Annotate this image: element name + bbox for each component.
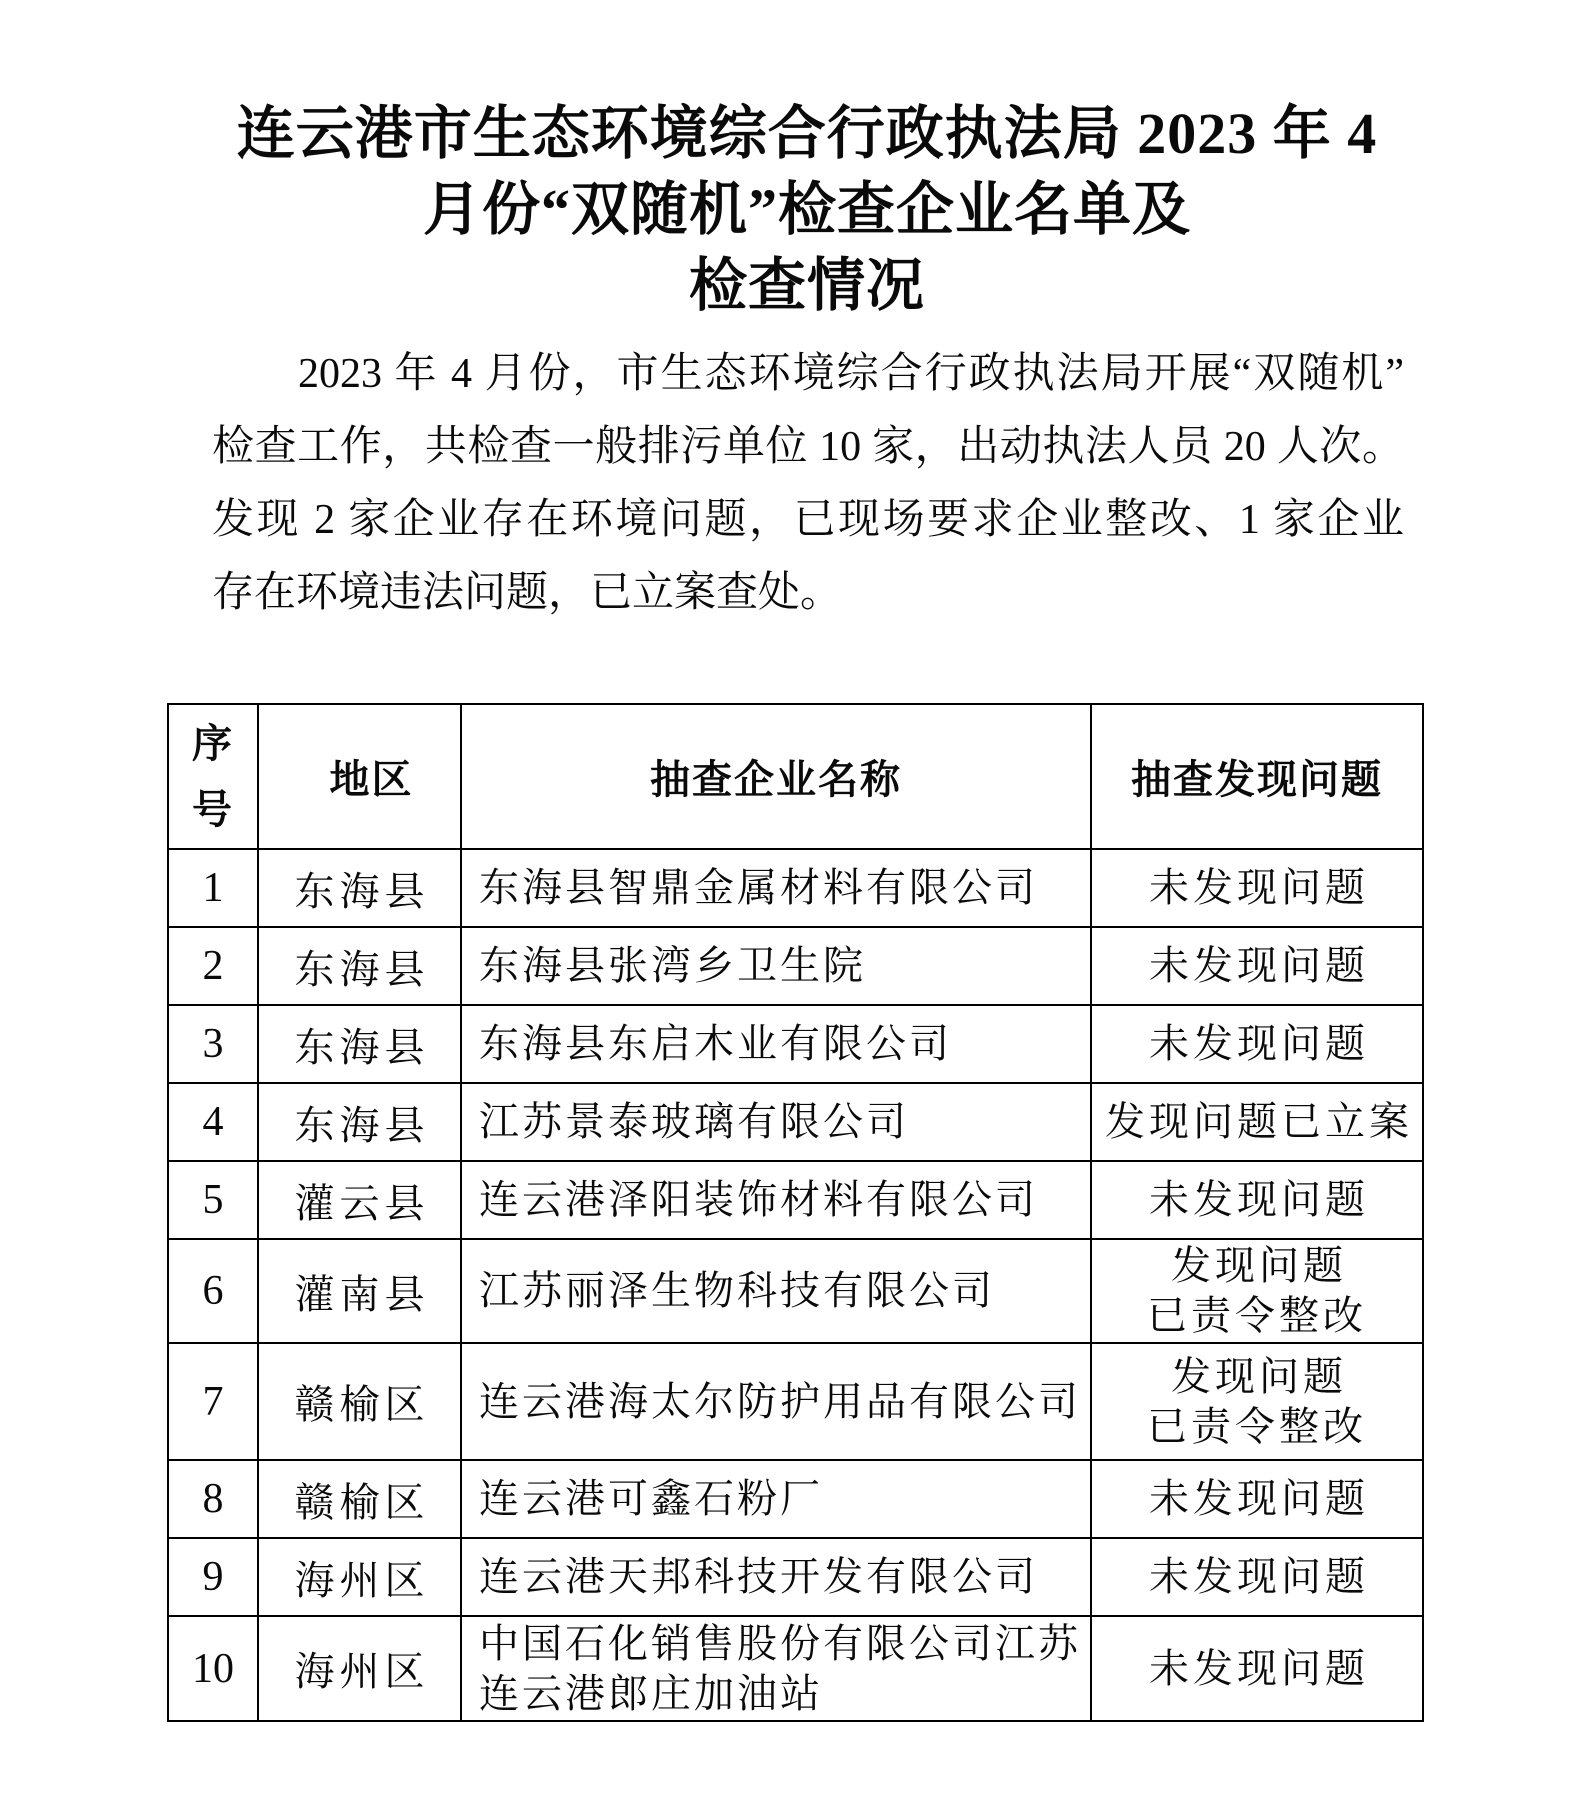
document-page: 连云港市生态环境综合行政执法局 2023 年 4 月份“双随机”检查企业名单及 … [0,0,1587,1811]
cell-inspection-result: 未发现问题 [1091,1161,1423,1239]
cell-company-name: 连云港天邦科技开发有限公司 [461,1538,1091,1616]
table-row: 1 东海县 东海县智鼎金属材料有限公司 未发现问题 [168,849,1423,927]
cell-serial-number: 4 [168,1083,258,1161]
cell-company-name: 东海县东启木业有限公司 [461,1005,1091,1083]
cell-region: 赣榆区 [258,1460,461,1538]
title-line-3: 检查情况 [212,248,1402,324]
header-inspection-result: 抽查发现问题 [1091,704,1423,849]
cell-inspection-result: 未发现问题 [1091,1460,1423,1538]
table-row: 8 赣榆区 连云港可鑫石粉厂 未发现问题 [168,1460,1423,1538]
table-row: 5 灌云县 连云港泽阳装饰材料有限公司 未发现问题 [168,1161,1423,1239]
document-title: 连云港市生态环境综合行政执法局 2023 年 4 月份“双随机”检查企业名单及 … [212,96,1402,324]
table-row: 3 东海县 东海县东启木业有限公司 未发现问题 [168,1005,1423,1083]
cell-region: 灌云县 [258,1161,461,1239]
table-row: 9 海州区 连云港天邦科技开发有限公司 未发现问题 [168,1538,1423,1616]
cell-region: 东海县 [258,849,461,927]
cell-company-name: 中国石化销售股份有限公司江苏 连云港郎庄加油站 [461,1616,1091,1721]
cell-company-name: 东海县智鼎金属材料有限公司 [461,849,1091,927]
cell-serial-number: 9 [168,1538,258,1616]
cell-inspection-result: 未发现问题 [1091,927,1423,1005]
inspection-table: 序号 地区 抽查企业名称 抽查发现问题 1 东海县 东海县智鼎金属材料有限公司 … [167,703,1424,1722]
summary-line-3: 发现 2 家企业存在环境问题，已现场要求企业整改、1 家企业 [212,484,1404,557]
summary-line-4: 存在环境违法问题，已立案查处。 [212,557,1404,630]
cell-inspection-result: 未发现问题 [1091,1538,1423,1616]
table-row: 10 海州区 中国石化销售股份有限公司江苏 连云港郎庄加油站 未发现问题 [168,1616,1423,1721]
cell-region: 东海县 [258,1083,461,1161]
cell-serial-number: 10 [168,1616,258,1721]
summary-paragraph: 2023 年 4 月份，市生态环境综合行政执法局开展“双随机” 检查工作，共检查… [212,338,1404,630]
cell-inspection-result: 未发现问题 [1091,1616,1423,1721]
summary-line-1: 2023 年 4 月份，市生态环境综合行政执法局开展“双随机” [212,338,1404,411]
cell-inspection-result: 发现问题 已责令整改 [1091,1343,1423,1460]
cell-inspection-result: 发现问题 已责令整改 [1091,1239,1423,1343]
cell-company-name: 江苏丽泽生物科技有限公司 [461,1239,1091,1343]
cell-serial-number: 3 [168,1005,258,1083]
cell-region: 灌南县 [258,1239,461,1343]
cell-serial-number: 6 [168,1239,258,1343]
cell-inspection-result: 未发现问题 [1091,1005,1423,1083]
cell-company-name: 连云港泽阳装饰材料有限公司 [461,1161,1091,1239]
cell-company-name: 江苏景泰玻璃有限公司 [461,1083,1091,1161]
cell-serial-number: 8 [168,1460,258,1538]
header-region: 地区 [258,704,461,849]
table-row: 2 东海县 东海县张湾乡卫生院 未发现问题 [168,927,1423,1005]
summary-line-2: 检查工作，共检查一般排污单位 10 家，出动执法人员 20 人次。 [212,411,1404,484]
cell-serial-number: 2 [168,927,258,1005]
title-line-2: 月份“双随机”检查企业名单及 [212,172,1402,248]
cell-region: 海州区 [258,1616,461,1721]
cell-region: 海州区 [258,1538,461,1616]
cell-region: 赣榆区 [258,1343,461,1460]
cell-company-name: 东海县张湾乡卫生院 [461,927,1091,1005]
cell-serial-number: 1 [168,849,258,927]
table-row: 7 赣榆区 连云港海太尔防护用品有限公司 发现问题 已责令整改 [168,1343,1423,1460]
table-header-row: 序号 地区 抽查企业名称 抽查发现问题 [168,704,1423,849]
table-row: 6 灌南县 江苏丽泽生物科技有限公司 发现问题 已责令整改 [168,1239,1423,1343]
header-serial-number: 序号 [168,704,258,849]
cell-region: 东海县 [258,927,461,1005]
cell-inspection-result: 未发现问题 [1091,849,1423,927]
cell-company-name: 连云港可鑫石粉厂 [461,1460,1091,1538]
title-line-1: 连云港市生态环境综合行政执法局 2023 年 4 [212,96,1402,172]
cell-company-name: 连云港海太尔防护用品有限公司 [461,1343,1091,1460]
header-company-name: 抽查企业名称 [461,704,1091,849]
cell-region: 东海县 [258,1005,461,1083]
table-row: 4 东海县 江苏景泰玻璃有限公司 发现问题已立案 [168,1083,1423,1161]
cell-serial-number: 5 [168,1161,258,1239]
cell-serial-number: 7 [168,1343,258,1460]
cell-inspection-result: 发现问题已立案 [1091,1083,1423,1161]
